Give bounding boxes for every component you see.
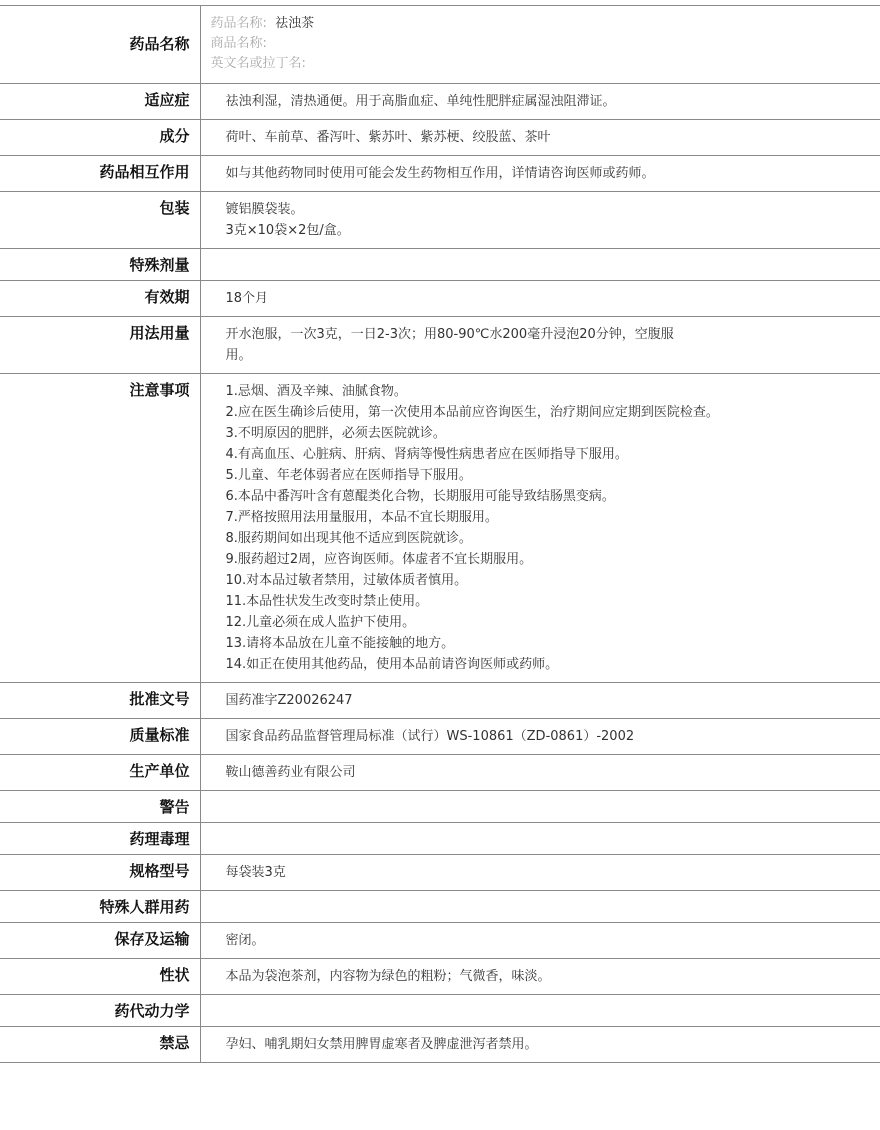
value-drug-name: 药品名称: 祛浊茶 商品名称: 英文名或拉丁名: <box>200 6 880 84</box>
value-packaging: 镀铝膜袋装。 3克×10袋×2包/盒。 <box>200 192 880 249</box>
value-special-populations <box>200 891 880 923</box>
label-drug-name: 药品名称 <box>0 6 200 84</box>
value-storage: 密闭。 <box>200 923 880 959</box>
row-precautions: 注意事项 1.忌烟、酒及辛辣、油腻食物。 2.应在医生确诊后使用，第一次使用本品… <box>0 374 880 683</box>
value-precautions: 1.忌烟、酒及辛辣、油腻食物。 2.应在医生确诊后使用，第一次使用本品前应咨询医… <box>200 374 880 683</box>
precaution-item: 8.服药期间如出现其他不适应到医院就诊。 <box>226 528 880 549</box>
value-special-dosage <box>200 249 880 281</box>
row-quality-standard: 质量标准 国家食品药品监督管理局标准（试行）WS-10861（ZD-0861）-… <box>0 719 880 755</box>
row-special-dosage: 特殊剂量 <box>0 249 880 281</box>
value-manufacturer: 鞍山德善药业有限公司 <box>200 755 880 791</box>
row-pharmacokinetics: 药代动力学 <box>0 995 880 1027</box>
label-storage: 保存及运输 <box>0 923 200 959</box>
label-pharmacology: 药理毒理 <box>0 823 200 855</box>
row-manufacturer: 生产单位 鞍山德善药业有限公司 <box>0 755 880 791</box>
label-manufacturer: 生产单位 <box>0 755 200 791</box>
row-packaging: 包装 镀铝膜袋装。 3克×10袋×2包/盒。 <box>0 192 880 249</box>
label-quality-standard: 质量标准 <box>0 719 200 755</box>
label-special-dosage: 特殊剂量 <box>0 249 200 281</box>
row-ingredients: 成分 荷叶、车前草、番泻叶、紫苏叶、紫苏梗、绞股蓝、茶叶 <box>0 120 880 156</box>
value-usage: 开水泡服，一次3克，一日2-3次；用80-90℃水200毫升浸泡20分钟，空腹服… <box>200 317 880 374</box>
precaution-item: 9.服药超过2周，应咨询医师。体虚者不宜长期服用。 <box>226 549 880 570</box>
row-usage: 用法用量 开水泡服，一次3克，一日2-3次；用80-90℃水200毫升浸泡20分… <box>0 317 880 374</box>
precaution-item: 11.本品性状发生改变时禁止使用。 <box>226 591 880 612</box>
packaging-line: 镀铝膜袋装。 <box>226 199 880 220</box>
drug-name-label: 药品名称: <box>211 16 267 31</box>
value-interactions: 如与其他药物同时使用可能会发生药物相互作用，详情请咨询医师或药师。 <box>200 156 880 192</box>
label-approval-number: 批准文号 <box>0 683 200 719</box>
row-pharmacology: 药理毒理 <box>0 823 880 855</box>
row-contraindications: 禁忌 孕妇、哺乳期妇女禁用脾胃虚寒者及脾虚泄泻者禁用。 <box>0 1027 880 1063</box>
value-approval-number: 国药准字Z20026247 <box>200 683 880 719</box>
label-usage: 用法用量 <box>0 317 200 374</box>
value-pharmacology <box>200 823 880 855</box>
precaution-item: 14.如正在使用其他药品，使用本品前请咨询医师或药师。 <box>226 654 880 675</box>
label-ingredients: 成分 <box>0 120 200 156</box>
precaution-item: 12.儿童必须在成人监护下使用。 <box>226 612 880 633</box>
drug-name-value: 祛浊茶 <box>275 16 314 31</box>
english-name-label: 英文名或拉丁名: <box>211 56 306 71</box>
label-warning: 警告 <box>0 791 200 823</box>
precaution-item: 1.忌烟、酒及辛辣、油腻食物。 <box>226 381 880 402</box>
packaging-line: 3克×10袋×2包/盒。 <box>226 220 880 241</box>
row-approval-number: 批准文号 国药准字Z20026247 <box>0 683 880 719</box>
label-precautions: 注意事项 <box>0 374 200 683</box>
row-description: 性状 本品为袋泡茶剂，内容物为绿色的粗粉；气微香，味淡。 <box>0 959 880 995</box>
value-specification: 每袋装3克 <box>200 855 880 891</box>
value-quality-standard: 国家食品药品监督管理局标准（试行）WS-10861（ZD-0861）-2002 <box>200 719 880 755</box>
row-shelf-life: 有效期 18个月 <box>0 281 880 317</box>
trade-name-label: 商品名称: <box>211 36 267 51</box>
row-storage: 保存及运输 密闭。 <box>0 923 880 959</box>
value-contraindications: 孕妇、哺乳期妇女禁用脾胃虚寒者及脾虚泄泻者禁用。 <box>200 1027 880 1063</box>
usage-line: 用。 <box>226 345 880 366</box>
drug-spec-table: 药品名称 药品名称: 祛浊茶 商品名称: 英文名或拉丁名: 适应症 祛浊利湿，清… <box>0 5 880 1063</box>
precaution-item: 3.不明原因的肥胖，必须去医院就诊。 <box>226 423 880 444</box>
label-shelf-life: 有效期 <box>0 281 200 317</box>
value-warning <box>200 791 880 823</box>
precaution-item: 10.对本品过敏者禁用，过敏体质者慎用。 <box>226 570 880 591</box>
value-shelf-life: 18个月 <box>200 281 880 317</box>
precaution-item: 2.应在医生确诊后使用，第一次使用本品前应咨询医生，治疗期间应定期到医院检查。 <box>226 402 880 423</box>
precaution-item: 4.有高血压、心脏病、肝病、肾病等慢性病患者应在医师指导下服用。 <box>226 444 880 465</box>
label-description: 性状 <box>0 959 200 995</box>
label-indications: 适应症 <box>0 84 200 120</box>
row-interactions: 药品相互作用 如与其他药物同时使用可能会发生药物相互作用，详情请咨询医师或药师。 <box>0 156 880 192</box>
row-specification: 规格型号 每袋装3克 <box>0 855 880 891</box>
precaution-item: 7.严格按照用法用量服用，本品不宜长期服用。 <box>226 507 880 528</box>
value-ingredients: 荷叶、车前草、番泻叶、紫苏叶、紫苏梗、绞股蓝、茶叶 <box>200 120 880 156</box>
label-interactions: 药品相互作用 <box>0 156 200 192</box>
label-specification: 规格型号 <box>0 855 200 891</box>
row-indications: 适应症 祛浊利湿，清热通便。用于高脂血症、单纯性肥胖症属湿浊阻滞证。 <box>0 84 880 120</box>
row-warning: 警告 <box>0 791 880 823</box>
row-drug-name: 药品名称 药品名称: 祛浊茶 商品名称: 英文名或拉丁名: <box>0 6 880 84</box>
precaution-item: 13.请将本品放在儿童不能接触的地方。 <box>226 633 880 654</box>
value-indications: 祛浊利湿，清热通便。用于高脂血症、单纯性肥胖症属湿浊阻滞证。 <box>200 84 880 120</box>
label-packaging: 包装 <box>0 192 200 249</box>
label-special-populations: 特殊人群用药 <box>0 891 200 923</box>
label-pharmacokinetics: 药代动力学 <box>0 995 200 1027</box>
value-pharmacokinetics <box>200 995 880 1027</box>
precaution-item: 6.本品中番泻叶含有蒽醌类化合物，长期服用可能导致结肠黑变病。 <box>226 486 880 507</box>
label-contraindications: 禁忌 <box>0 1027 200 1063</box>
precaution-item: 5.儿童、年老体弱者应在医师指导下服用。 <box>226 465 880 486</box>
usage-line: 开水泡服，一次3克，一日2-3次；用80-90℃水200毫升浸泡20分钟，空腹服 <box>226 324 880 345</box>
value-description: 本品为袋泡茶剂，内容物为绿色的粗粉；气微香，味淡。 <box>200 959 880 995</box>
row-special-populations: 特殊人群用药 <box>0 891 880 923</box>
